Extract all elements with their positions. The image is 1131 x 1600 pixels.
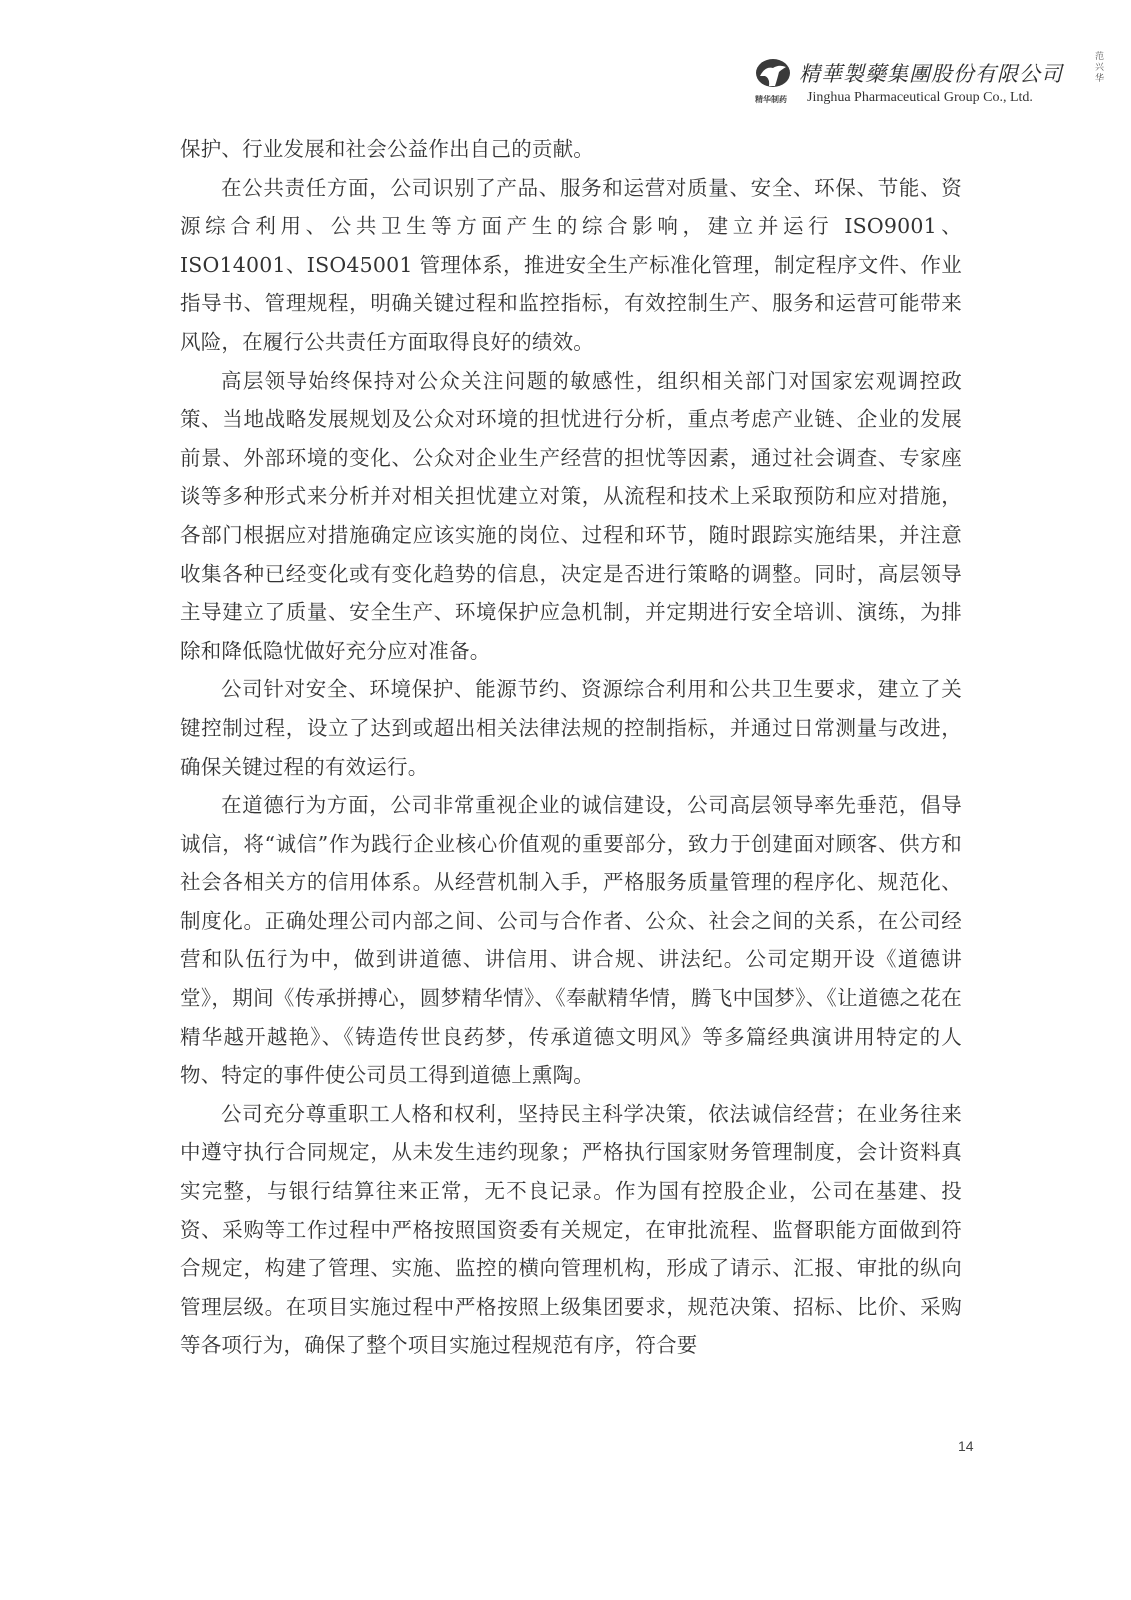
paragraph-public-responsibility: 在公共责任方面，公司识别了产品、服务和运营对质量、安全、环保、节能、资源综合利用…	[180, 169, 962, 362]
paragraph-leadership-sensitivity: 高层领导始终保持对公众关注问题的敏感性，组织相关部门对国家宏观调控政策、当地战略…	[180, 362, 962, 671]
logo-caption: 精华制药	[755, 94, 787, 105]
company-name-english: Jinghua Pharmaceutical Group Co., Ltd.	[807, 90, 1033, 106]
signature-seal: 范兴华	[1095, 52, 1109, 85]
paragraph-1: 保护、行业发展和社会公益作出自己的贡献。	[180, 130, 962, 169]
document-body: 保护、行业发展和社会公益作出自己的贡献。 在公共责任方面，公司识别了产品、服务和…	[180, 130, 962, 1365]
company-logo-icon	[755, 58, 791, 88]
paragraph-ethical-behavior: 在道德行为方面，公司非常重视企业的诚信建设，公司高层领导率先垂范，倡导诚信，将“…	[180, 786, 962, 1095]
page-number: 14	[958, 1438, 974, 1454]
paragraph-employee-rights: 公司充分尊重职工人格和权利，坚持民主科学决策，依法诚信经营；在业务往来中遵守执行…	[180, 1095, 962, 1365]
paragraph-key-control-process: 公司针对安全、环境保护、能源节约、资源综合利用和公共卫生要求，建立了关键控制过程…	[180, 670, 962, 786]
company-name-chinese: 精華製藥集團股份有限公司	[799, 58, 1063, 88]
document-header: 精华制药 精華製藥集團股份有限公司 Jinghua Pharmaceutical…	[755, 52, 1115, 112]
